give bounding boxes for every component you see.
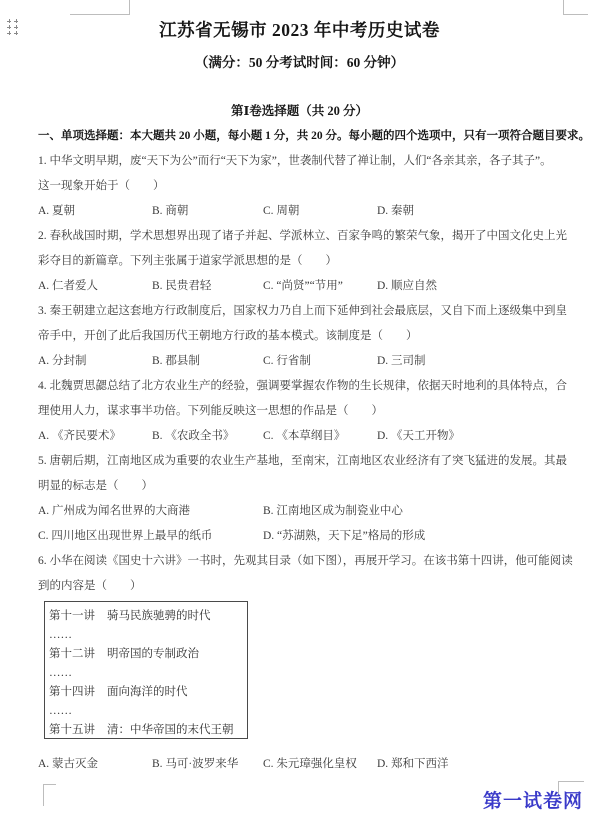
catalog-lecture-title: 面向海洋的时代 — [107, 686, 188, 698]
question-1-options: A. 夏朝 B. 商朝 C. 周朝 D. 秦朝 — [38, 204, 590, 219]
catalog-ellipsis-row: …… — [49, 664, 247, 683]
catalog-lecture-label: 第十一讲 — [49, 607, 107, 626]
question-6-option-a: A. 蒙古灭金 — [38, 757, 98, 772]
question-2-option-b: B. 民贵君轻 — [152, 279, 211, 294]
book-catalog-box: 第十一讲骑马民族驰骋的时代 …… 第十二讲明帝国的专制政治 …… 第十四讲面向海… — [44, 601, 248, 739]
question-3-option-b: B. 郡县制 — [152, 354, 200, 369]
section-header: 第Ⅰ卷选择题（共 20 分） — [0, 101, 599, 119]
question-6-option-d: D. 郑和下西洋 — [377, 757, 449, 772]
question-4-option-c: C. 《本草纲目》 — [263, 429, 345, 444]
question-6-option-c: C. 朱元璋强化皇权 — [263, 757, 357, 772]
question-2-option-c: C. “尚贤”“节用” — [263, 279, 343, 294]
question-5-line-1: 5. 唐朝后期，江南地区成为重要的农业生产基地，至南宋，江南地区农业经济有了突飞… — [38, 454, 567, 469]
question-6-line-1: 6. 小华在阅读《国史十六讲》一书时，先观其目录（如下图），再展开学习。在该书第… — [38, 554, 573, 569]
question-1-option-b: B. 商朝 — [152, 204, 188, 219]
exam-paper-page: 江苏省无锡市 2023 年中考历史试卷 （满分：50 分考试时间：60 分钟） … — [0, 0, 599, 829]
corner-mark-top-right — [563, 0, 588, 15]
question-5-line-2: 明显的标志是（ ） — [38, 479, 153, 494]
question-6-options: A. 蒙古灭金 B. 马可·波罗来华 C. 朱元璋强化皇权 D. 郑和下西洋 — [38, 757, 590, 772]
corner-mark-top-left — [70, 0, 130, 15]
question-2-option-d: D. 顺应自然 — [377, 279, 437, 294]
corner-mark-bottom-left — [43, 784, 56, 806]
question-1-line-2: 这一现象开始于（ ） — [38, 179, 165, 194]
question-5-option-b: B. 江南地区成为制瓷业中心 — [263, 504, 403, 519]
paper-subtitle: （满分：50 分考试时间：60 分钟） — [0, 51, 599, 71]
question-5-options-row-1: A. 广州成为闻名世界的大商港 B. 江南地区成为制瓷业中心 — [38, 504, 590, 519]
question-2-line-1: 2. 春秋战国时期，学术思想界出现了诸子并起、学派林立、百家争鸣的繁荣气象，揭开… — [38, 229, 567, 244]
question-3-option-c: C. 行省制 — [263, 354, 311, 369]
catalog-row: 第十二讲明帝国的专制政治 — [49, 645, 247, 664]
question-1-option-c: C. 周朝 — [263, 204, 299, 219]
question-5-option-c: C. 四川地区出现世界上最早的纸币 — [38, 529, 212, 544]
paper-title: 江苏省无锡市 2023 年中考历史试卷 — [0, 17, 599, 42]
question-4-option-d: D. 《天工开物》 — [377, 429, 460, 444]
question-4-line-1: 4. 北魏贾思勰总结了北方农业生产的经验，强调要掌握农作物的生长规律，依据天时地… — [38, 379, 567, 394]
question-4-option-a: A. 《齐民要术》 — [38, 429, 121, 444]
question-1-option-a: A. 夏朝 — [38, 204, 75, 219]
catalog-lecture-label: 第十五讲 — [49, 721, 107, 740]
catalog-row: 第十五讲清：中华帝国的末代王朝 — [49, 721, 247, 740]
question-3-option-a: A. 分封制 — [38, 354, 87, 369]
question-5-option-d: D. “苏湖熟，天下足”格局的形成 — [263, 529, 425, 544]
catalog-lecture-label: 第十二讲 — [49, 645, 107, 664]
catalog-ellipsis-row: …… — [49, 626, 247, 645]
site-watermark: 第一试卷网 — [483, 786, 583, 813]
question-3-line-1: 3. 秦王朝建立起这套地方行政制度后，国家权力乃自上而下延伸到社会最底层，又自下… — [38, 304, 567, 319]
question-2-options: A. 仁者爱人 B. 民贵君轻 C. “尚贤”“节用” D. 顺应自然 — [38, 279, 590, 294]
question-3-line-2: 帝手中，开创了此后我国历代王朝地方行政的基本模式。该制度是（ ） — [38, 329, 418, 344]
question-3-option-d: D. 三司制 — [377, 354, 426, 369]
question-3-options: A. 分封制 B. 郡县制 C. 行省制 D. 三司制 — [38, 354, 590, 369]
question-6-line-2: 到的内容是（ ） — [38, 579, 142, 594]
catalog-lecture-title: 骑马民族驰骋的时代 — [107, 610, 211, 622]
question-1-line-1: 1. 中华文明早期，废“天下为公”而行“天下为家”，世袭制代替了禅让制，人们“各… — [38, 154, 552, 169]
question-1-option-d: D. 秦朝 — [377, 204, 414, 219]
question-2-line-2: 彩夺目的新篇章。下列主张属于道家学派思想的是（ ） — [38, 254, 337, 269]
question-2-option-a: A. 仁者爱人 — [38, 279, 98, 294]
catalog-row: 第十四讲面向海洋的时代 — [49, 683, 247, 702]
question-4-line-2: 理使用人力，谋求事半功倍。下列能反映这一思想的作品是（ ） — [38, 404, 383, 419]
section-instructions: 一、单项选择题：本大题共 20 小题，每小题 1 分，共 20 分。每小题的四个… — [38, 129, 590, 144]
question-4-options: A. 《齐民要术》 B. 《农政全书》 C. 《本草纲目》 D. 《天工开物》 — [38, 429, 590, 444]
question-4-option-b: B. 《农政全书》 — [152, 429, 234, 444]
question-5-option-a: A. 广州成为闻名世界的大商港 — [38, 504, 190, 519]
question-6-option-b: B. 马可·波罗来华 — [152, 757, 238, 772]
catalog-lecture-title: 清：中华帝国的末代王朝 — [107, 724, 234, 736]
catalog-lecture-title: 明帝国的专制政治 — [107, 648, 199, 660]
question-5-options-row-2: C. 四川地区出现世界上最早的纸币 D. “苏湖熟，天下足”格局的形成 — [38, 529, 590, 544]
catalog-ellipsis-row: …… — [49, 702, 247, 721]
catalog-lecture-label: 第十四讲 — [49, 683, 107, 702]
catalog-row: 第十一讲骑马民族驰骋的时代 — [49, 607, 247, 626]
